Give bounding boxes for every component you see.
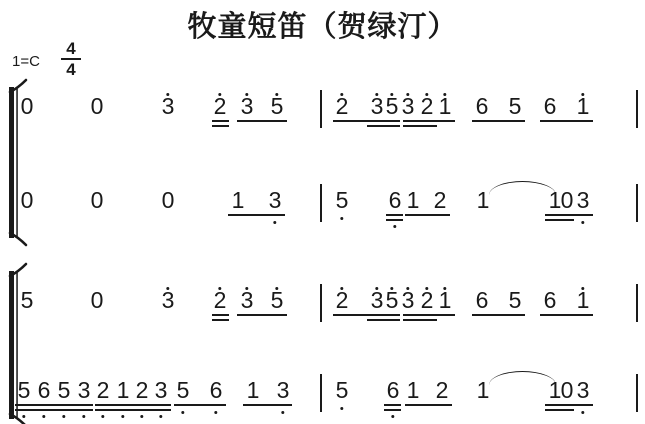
barline: [636, 374, 638, 412]
duration-underline: [333, 314, 400, 316]
note-digit: 5: [271, 95, 284, 118]
note-digit: 2: [421, 95, 434, 118]
note-digit: 3: [78, 379, 91, 402]
note-digit: 1: [232, 189, 245, 212]
octave-dot-below: [42, 415, 45, 418]
duration-underline: [367, 125, 400, 127]
duration-underline: [545, 409, 574, 411]
duration-underline: [405, 404, 452, 406]
note-digit: 0: [21, 189, 34, 212]
octave-dot-below: [391, 415, 394, 418]
duration-underline: [545, 214, 593, 216]
note-digit: 3: [241, 95, 254, 118]
octave-dot-below: [82, 415, 85, 418]
note-digit: 3: [371, 95, 384, 118]
note-digit: 1: [577, 95, 590, 118]
duration-underline: [95, 409, 171, 411]
note-digit: 3: [402, 289, 415, 312]
barline: [636, 184, 638, 222]
duration-underline: [237, 314, 287, 316]
note-digit: 3: [277, 379, 290, 402]
octave-dot-below: [273, 221, 276, 224]
note-digit: 3: [162, 95, 175, 118]
note-digit: 1: [439, 95, 452, 118]
duration-underline: [212, 319, 229, 321]
duration-underline: [403, 314, 455, 316]
octave-dot-below: [62, 415, 65, 418]
note-digit: 5: [336, 189, 349, 212]
duration-underline: [386, 219, 403, 221]
duration-underline: [386, 214, 403, 216]
note-digit: 6: [476, 289, 489, 312]
note-digit: 5: [386, 95, 399, 118]
note-digit: 6: [387, 379, 400, 402]
duration-underline: [403, 120, 455, 122]
barline: [320, 184, 322, 222]
duration-underline: [472, 120, 525, 122]
barline: [320, 90, 322, 128]
note-digit: 5: [21, 289, 34, 312]
note-digit: 3: [371, 289, 384, 312]
note-digit: 6: [389, 189, 402, 212]
note-digit: 2: [434, 189, 447, 212]
barline: [320, 284, 322, 322]
octave-dot-below: [581, 411, 584, 414]
note-digit: 1: [577, 289, 590, 312]
octave-dot-below: [340, 217, 343, 220]
note-digit: 2: [336, 95, 349, 118]
duration-underline: [545, 404, 593, 406]
duration-underline: [95, 404, 171, 406]
octave-dot-below: [581, 221, 584, 224]
note-digit: 0: [561, 189, 574, 212]
octave-dot-below: [159, 415, 162, 418]
duration-underline: [212, 120, 229, 122]
note-digit: 0: [561, 379, 574, 402]
duration-underline: [174, 404, 226, 406]
duration-underline: [15, 404, 93, 406]
note-digit: 5: [18, 379, 31, 402]
score-page: 牧童短笛（贺绿汀） 1=C 4 4 0032352353216561000135…: [0, 0, 645, 424]
note-digit: 3: [269, 189, 282, 212]
note-digit: 2: [421, 289, 434, 312]
duration-underline: [545, 219, 574, 221]
duration-underline: [384, 404, 401, 406]
octave-dot-below: [121, 415, 124, 418]
barline: [636, 90, 638, 128]
duration-underline: [540, 120, 593, 122]
note-digit: 1: [477, 379, 490, 402]
note-digit: 3: [162, 289, 175, 312]
octave-dot-below: [281, 411, 284, 414]
note-digit: 5: [58, 379, 71, 402]
notation-layer: 0032352353216561000135612110350323523532…: [0, 0, 645, 424]
note-digit: 6: [210, 379, 223, 402]
duration-underline: [212, 314, 229, 316]
note-digit: 2: [336, 289, 349, 312]
tie-arc: [489, 371, 556, 385]
note-digit: 1: [477, 189, 490, 212]
duration-underline: [367, 319, 400, 321]
duration-underline: [333, 120, 400, 122]
duration-underline: [403, 319, 437, 321]
note-digit: 6: [544, 289, 557, 312]
note-digit: 1: [247, 379, 260, 402]
octave-dot-below: [101, 415, 104, 418]
duration-underline: [472, 314, 525, 316]
octave-dot-below: [340, 407, 343, 410]
note-digit: 0: [91, 289, 104, 312]
duration-underline: [405, 214, 450, 216]
note-digit: 0: [91, 189, 104, 212]
note-digit: 3: [577, 379, 590, 402]
note-digit: 5: [509, 289, 522, 312]
note-digit: 0: [162, 189, 175, 212]
note-digit: 1: [407, 189, 420, 212]
note-digit: 0: [91, 95, 104, 118]
duration-underline: [540, 314, 593, 316]
duration-underline: [212, 125, 229, 127]
note-digit: 1: [439, 289, 452, 312]
duration-underline: [15, 409, 93, 411]
duration-underline: [384, 409, 401, 411]
note-digit: 6: [476, 95, 489, 118]
note-digit: 5: [336, 379, 349, 402]
note-digit: 3: [155, 379, 168, 402]
note-digit: 2: [436, 379, 449, 402]
duration-underline: [403, 125, 437, 127]
duration-underline: [243, 404, 292, 406]
note-digit: 2: [214, 95, 227, 118]
note-digit: 5: [509, 95, 522, 118]
barline: [320, 374, 322, 412]
note-digit: 2: [97, 379, 110, 402]
note-digit: 3: [577, 189, 590, 212]
duration-underline: [228, 214, 285, 216]
octave-dot-below: [214, 411, 217, 414]
duration-underline: [237, 120, 287, 122]
note-digit: 2: [214, 289, 227, 312]
note-digit: 5: [177, 379, 190, 402]
note-digit: 5: [386, 289, 399, 312]
note-digit: 1: [407, 379, 420, 402]
note-digit: 0: [21, 95, 34, 118]
note-digit: 1: [117, 379, 130, 402]
note-digit: 3: [241, 289, 254, 312]
octave-dot-below: [393, 225, 396, 228]
tie-arc: [489, 181, 556, 195]
note-digit: 6: [38, 379, 51, 402]
note-digit: 2: [136, 379, 149, 402]
note-digit: 3: [402, 95, 415, 118]
note-digit: 6: [544, 95, 557, 118]
octave-dot-below: [181, 411, 184, 414]
octave-dot-below: [140, 415, 143, 418]
note-digit: 5: [271, 289, 284, 312]
barline: [636, 284, 638, 322]
